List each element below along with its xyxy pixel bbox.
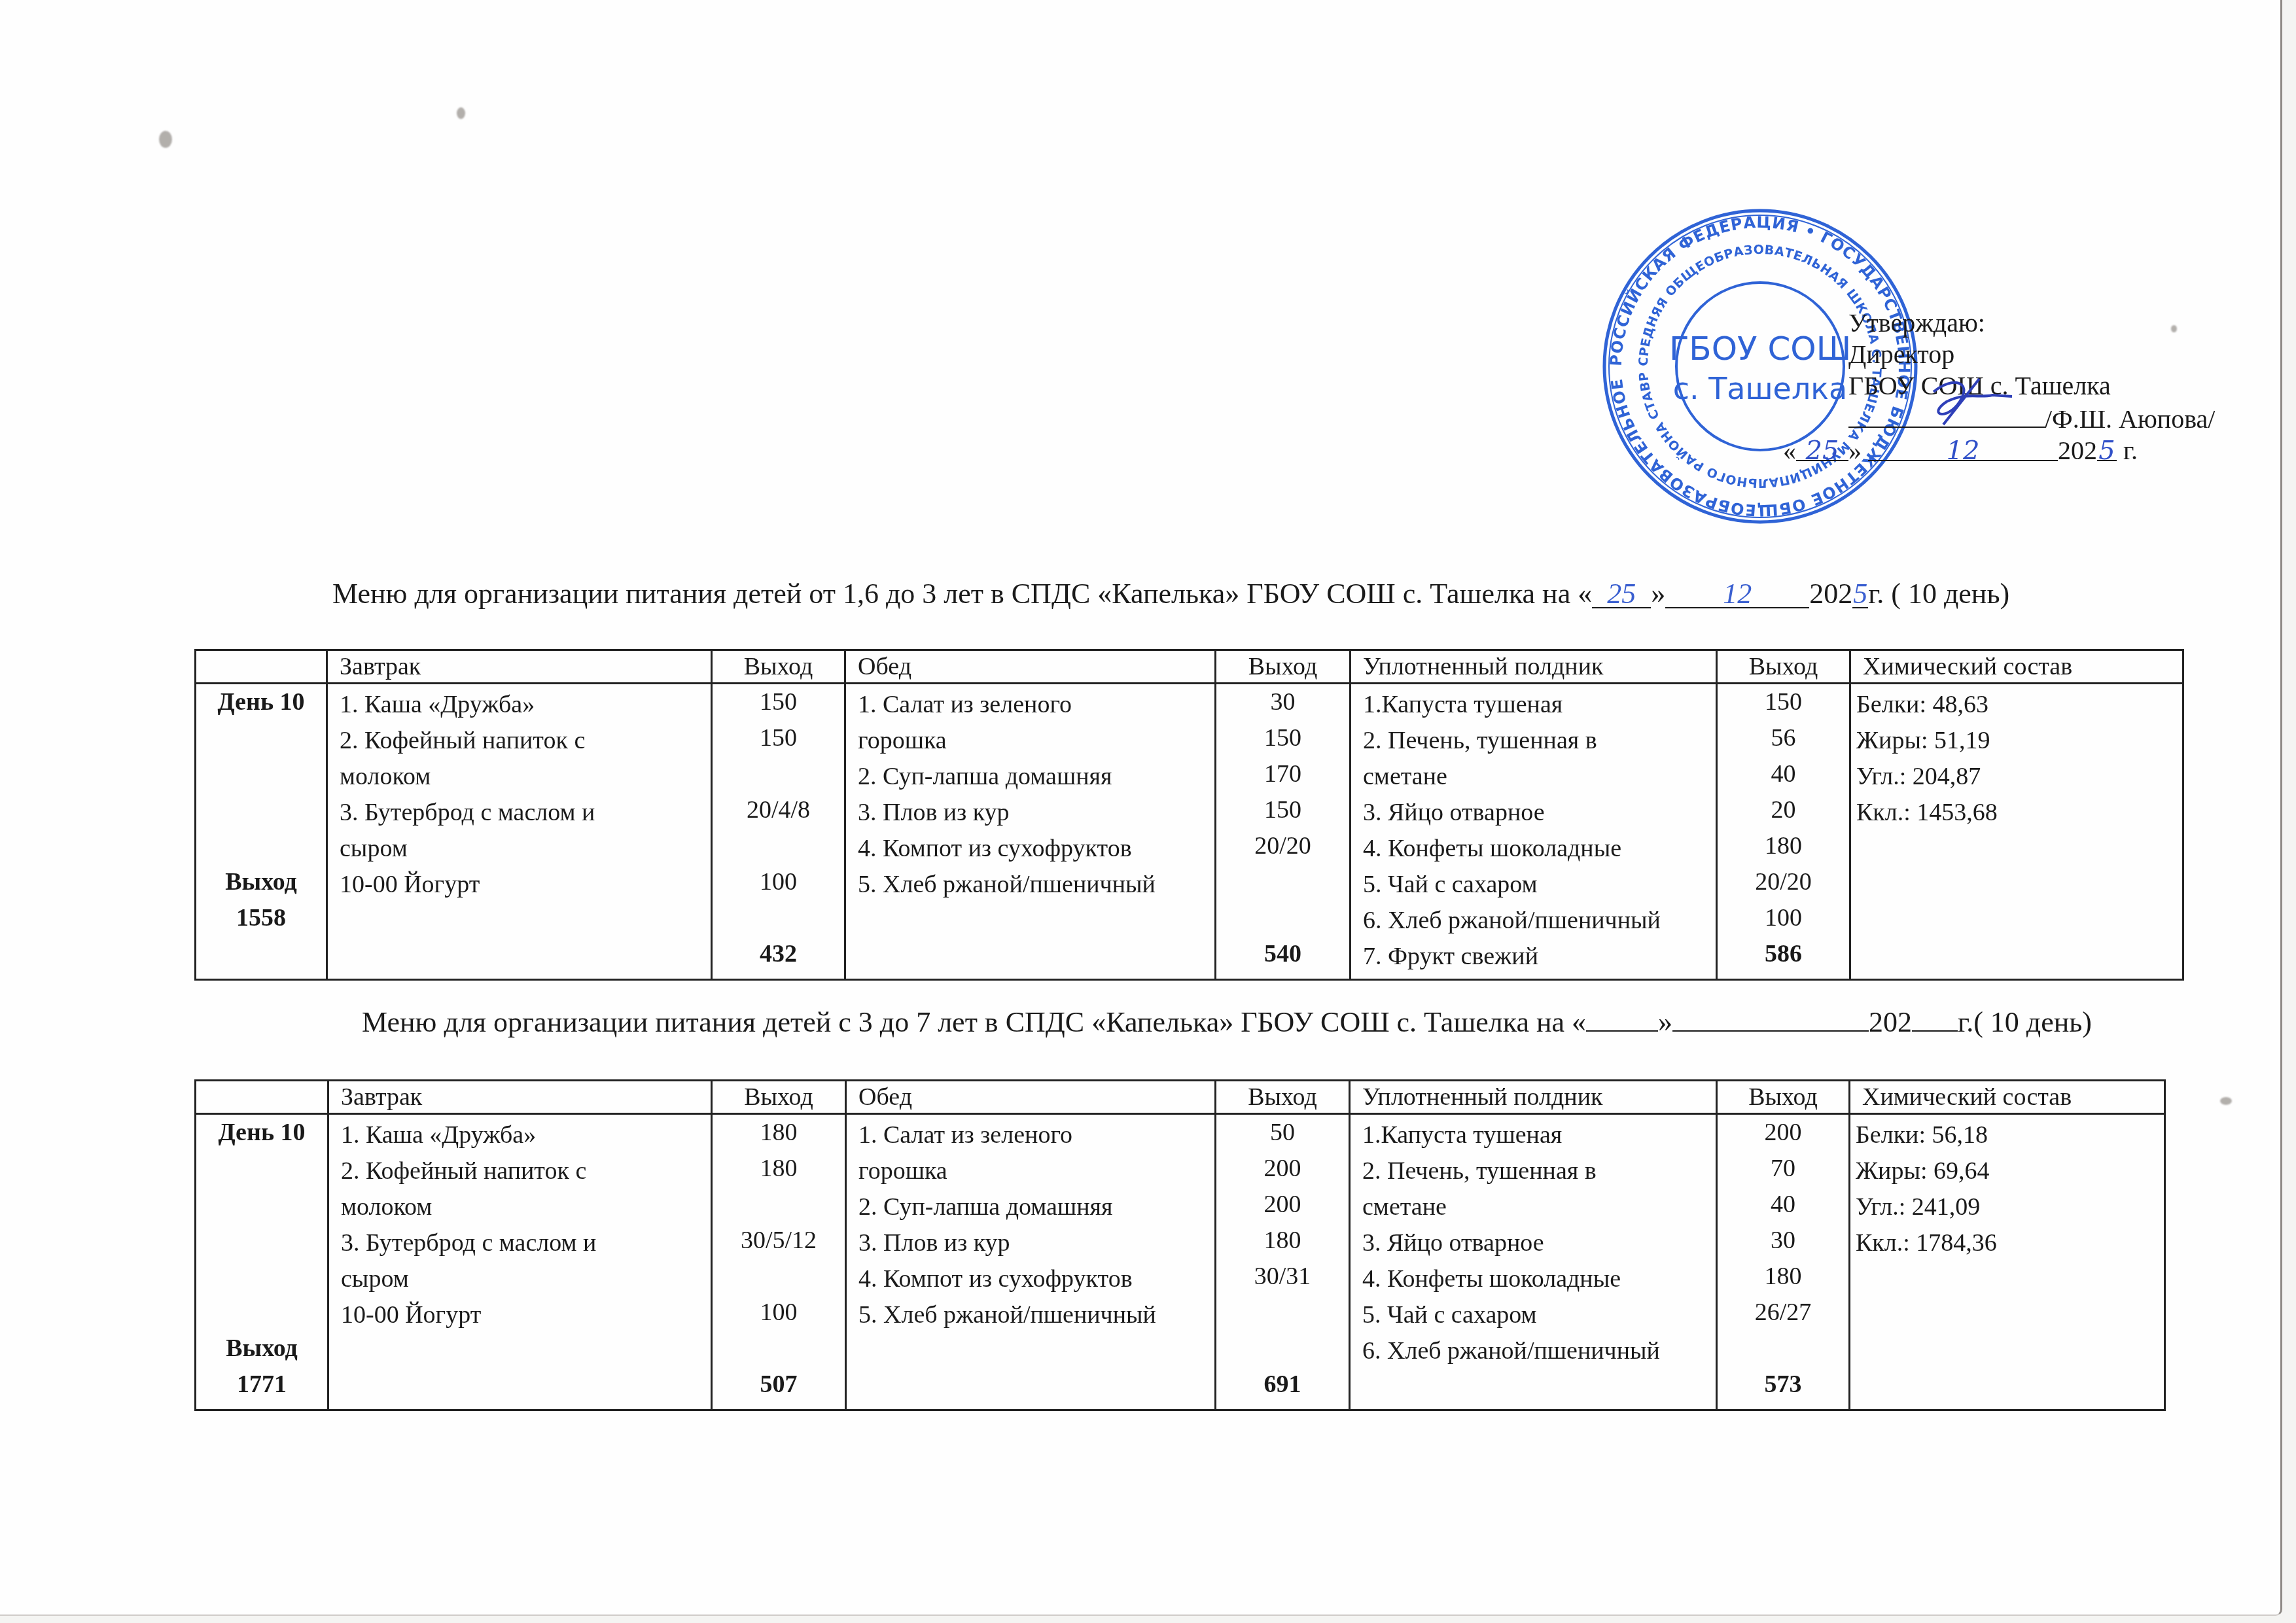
title-month-field: 12 (1665, 581, 1809, 608)
header-breakfast-yield: Выход (712, 1081, 846, 1114)
dish-item (340, 939, 699, 975)
dish-item: 5. Чай с сахаром (1363, 867, 1704, 903)
yield-value (715, 1259, 842, 1295)
dish-item (341, 1333, 699, 1369)
dish-item: 3. Бутерброд с маслом и (341, 1225, 699, 1261)
yield-value (1219, 900, 1347, 936)
dish-item: сметане (1362, 1189, 1704, 1225)
dish-item: 2. Печень, тушенная в (1362, 1153, 1704, 1189)
approval-position: Директор (1848, 339, 2215, 370)
dish-item: 1. Каша «Дружба» (341, 1117, 699, 1153)
title-year-field (1912, 1030, 1958, 1032)
header-day (196, 1081, 328, 1114)
snack-cell: 1.Капуста тушеная2. Печень, тушенная всм… (1351, 684, 1717, 980)
approval-date-day: 25 (1796, 435, 1848, 461)
title-year-field: 5 (1852, 581, 1868, 608)
yield-value: 30 (1720, 1223, 1846, 1259)
yield-value: 20/20 (1219, 828, 1347, 864)
menu-title-toddlers: Меню для организации питания детей от 1,… (332, 577, 2009, 610)
dish-item: молоком (341, 1189, 699, 1225)
dish-item: 7. Фрукт свежий (1363, 939, 1704, 975)
approval-date-year: 5 (2097, 435, 2117, 461)
table-row: День 10Выход17711. Каша «Дружба»2. Кофей… (196, 1114, 2165, 1410)
yield-value: 150 (715, 720, 841, 756)
nutrient-value: Ккл.: 1453,68 (1856, 795, 2170, 831)
day-label: День 10 (199, 1115, 325, 1151)
chemical-composition-cell: Белки: 48,63Жиры: 51,19Угл.: 204,87Ккл.:… (1850, 684, 2183, 980)
dish-item: 3. Яйцо отварное (1362, 1225, 1704, 1261)
nutrient-value: Жиры: 51,19 (1856, 723, 2170, 759)
nutrient-value: Угл.: 204,87 (1856, 759, 2170, 795)
yield-value (1219, 1331, 1346, 1367)
header-chemical-composition: Химический состав (1850, 650, 2183, 684)
yield-value: 20/4/8 (715, 792, 841, 828)
nutrient-value: Угл.: 241,09 (1856, 1189, 2152, 1225)
signer-name: /Ф.Ш. Аюпова/ (2045, 404, 2215, 434)
table-row: День 10Выход15581. Каша «Дружба»2. Кофей… (196, 684, 2183, 980)
approval-block: Утверждаю: Директор ГБОУ СОШ с. Ташелка … (1848, 307, 2215, 466)
yield-total: 573 (1720, 1367, 1846, 1403)
header-snack: Уплотненный полдник (1351, 650, 1717, 684)
dish-item (340, 903, 699, 939)
header-breakfast: Завтрак (328, 1081, 712, 1114)
header-snack: Уплотненный полдник (1350, 1081, 1717, 1114)
nutrient-value: Белки: 56,18 (1856, 1117, 2152, 1153)
yield-value: 100 (715, 1295, 842, 1331)
dish-item: 4. Конфеты шоколадные (1363, 831, 1704, 867)
handwritten-signature (1907, 375, 2038, 428)
stamp-center-line2: с. Ташелка (1673, 371, 1848, 406)
total-yield-label: Выход (199, 864, 323, 900)
yield-value: 180 (1720, 828, 1846, 864)
stamp-center-line1: ГБОУ СОШ (1669, 330, 1851, 368)
scan-speck (457, 107, 465, 119)
snack-cell: 1.Капуста тушеная2. Печень, тушенная всм… (1350, 1114, 1717, 1410)
dish-item: 2. Печень, тушенная в (1363, 723, 1704, 759)
dish-item: сметане (1363, 759, 1704, 795)
dish-item: 10-00 Йогурт (341, 1297, 699, 1333)
approval-signature-line: /Ф.Ш. Аюпова/ (1848, 402, 2215, 435)
title-day-field: 25 (1592, 581, 1651, 608)
dish-item (858, 939, 1203, 975)
yield-value: 180 (715, 1115, 842, 1151)
yield-value: 20/20 (1720, 864, 1846, 900)
snack-yield-cell: 20070403018026/27573 (1717, 1114, 1850, 1410)
yield-value: 180 (715, 1151, 842, 1187)
dish-item: 1. Салат из зеленого (858, 687, 1203, 723)
yield-value: 200 (1720, 1115, 1846, 1151)
yield-value: 30/5/12 (715, 1223, 842, 1259)
yield-value: 30/31 (1219, 1259, 1346, 1295)
approval-date-line: «25» 122025 г. (1783, 435, 2215, 466)
dish-item: 1.Капуста тушеная (1362, 1117, 1704, 1153)
nutrient-value: Белки: 48,63 (1856, 687, 2170, 723)
yield-total: 507 (715, 1367, 842, 1403)
yield-value (715, 1331, 842, 1367)
scan-speck (2220, 1097, 2232, 1105)
chemical-composition-cell: Белки: 56,18Жиры: 69,64Угл.: 241,09Ккл.:… (1850, 1114, 2165, 1410)
dish-item: горошка (858, 723, 1203, 759)
yield-total: 691 (1219, 1367, 1346, 1403)
breakfast-cell: 1. Каша «Дружба»2. Кофейный напиток смол… (328, 1114, 712, 1410)
yield-value: 100 (1720, 900, 1846, 936)
menu-table-toddlers: ЗавтракВыходОбедВыходУплотненный полдник… (194, 649, 2184, 981)
yield-value: 180 (1219, 1223, 1346, 1259)
dish-item: 1.Капуста тушеная (1363, 687, 1704, 723)
header-lunch-yield: Выход (1216, 1081, 1350, 1114)
yield-value: 150 (715, 684, 841, 720)
header-snack-yield: Выход (1717, 1081, 1850, 1114)
dish-item: 1. Каша «Дружба» (340, 687, 699, 723)
menu-table-preschool: ЗавтракВыходОбедВыходУплотненный полдник… (194, 1079, 2166, 1411)
breakfast-cell: 1. Каша «Дружба»2. Кофейный напиток смол… (327, 684, 712, 980)
dish-item: 5. Чай с сахаром (1362, 1297, 1704, 1333)
dish-item (858, 1369, 1203, 1405)
yield-value: 200 (1219, 1151, 1346, 1187)
total-yield-value: 1771 (199, 1367, 325, 1403)
day-cell: День 10Выход1558 (196, 684, 327, 980)
header-day (196, 650, 327, 684)
yield-value: 50 (1219, 1115, 1346, 1151)
yield-value (1219, 864, 1347, 900)
dish-item (858, 903, 1203, 939)
dish-item: 4. Компот из сухофруктов (858, 831, 1203, 867)
yield-total: 540 (1219, 936, 1347, 972)
dish-item (858, 1333, 1203, 1369)
day-label: День 10 (199, 684, 323, 720)
dish-item: 5. Хлеб ржаной/пшеничный (858, 867, 1203, 903)
yield-value (715, 828, 841, 864)
yield-value: 20 (1720, 792, 1846, 828)
breakfast-yield-cell: 15015020/4/8100432 (712, 684, 845, 980)
dish-item: молоком (340, 759, 699, 795)
yield-value: 30 (1219, 684, 1347, 720)
menu-title-preschool: Меню для организации питания детей с 3 д… (362, 1005, 2092, 1039)
total-yield-label: Выход (199, 1331, 325, 1367)
scan-speck (159, 131, 172, 148)
signature-field (1848, 402, 2045, 428)
dish-item (1362, 1369, 1704, 1405)
yield-value: 26/27 (1720, 1295, 1846, 1331)
dish-item: 3. Бутерброд с маслом и (340, 795, 699, 831)
dish-item (341, 1369, 699, 1405)
title-month-field (1672, 1030, 1869, 1032)
yield-value: 40 (1720, 1187, 1846, 1223)
header-lunch: Обед (846, 1081, 1216, 1114)
dish-item: 3. Плов из кур (858, 1225, 1203, 1261)
header-breakfast-yield: Выход (712, 650, 845, 684)
dish-item: сыром (340, 831, 699, 867)
approval-date-month: 12 (1868, 435, 2058, 461)
yield-value (1720, 1331, 1846, 1367)
yield-value (715, 1187, 842, 1223)
dish-item: горошка (858, 1153, 1203, 1189)
title-day-field (1586, 1030, 1658, 1032)
yield-value: 56 (1720, 720, 1846, 756)
dish-item: 4. Компот из сухофруктов (858, 1261, 1203, 1297)
dish-item: 3. Яйцо отварное (1363, 795, 1704, 831)
snack-yield-cell: 15056402018020/20100586 (1717, 684, 1850, 980)
yield-value (715, 900, 841, 936)
yield-value: 100 (715, 864, 841, 900)
approval-heading: Утверждаю: (1848, 307, 2215, 339)
yield-value: 70 (1720, 1151, 1846, 1187)
dish-item: 6. Хлеб ржаной/пшеничный (1362, 1333, 1704, 1369)
dish-item: 6. Хлеб ржаной/пшеничный (1363, 903, 1704, 939)
header-chemical-composition: Химический состав (1850, 1081, 2165, 1114)
yield-value: 200 (1219, 1187, 1346, 1223)
nutrient-value: Ккл.: 1784,36 (1856, 1225, 2152, 1261)
dish-item: 2. Кофейный напиток с (340, 723, 699, 759)
yield-value: 170 (1219, 756, 1347, 792)
dish-item: 5. Хлеб ржаной/пшеничный (858, 1297, 1203, 1333)
lunch-cell: 1. Салат из зеленогогорошка2. Суп-лапша … (845, 684, 1216, 980)
dish-item: 1. Салат из зеленого (858, 1117, 1203, 1153)
yield-value: 150 (1720, 684, 1846, 720)
dish-item: 4. Конфеты шоколадные (1362, 1261, 1704, 1297)
yield-value: 150 (1219, 792, 1347, 828)
dish-item: 10-00 Йогурт (340, 867, 699, 903)
nutrient-value: Жиры: 69,64 (1856, 1153, 2152, 1189)
lunch-yield-cell: 5020020018030/31691 (1216, 1114, 1350, 1410)
header-breakfast: Завтрак (327, 650, 712, 684)
day-cell: День 10Выход1771 (196, 1114, 328, 1410)
lunch-yield-cell: 3015017015020/20540 (1216, 684, 1351, 980)
yield-value (715, 756, 841, 792)
header-lunch: Обед (845, 650, 1216, 684)
dish-item: 2. Суп-лапша домашняя (858, 759, 1203, 795)
yield-value: 180 (1720, 1259, 1846, 1295)
yield-total: 586 (1720, 936, 1846, 972)
yield-value: 150 (1219, 720, 1347, 756)
dish-item: сыром (341, 1261, 699, 1297)
header-lunch-yield: Выход (1216, 650, 1351, 684)
dish-item: 3. Плов из кур (858, 795, 1203, 831)
yield-total: 432 (715, 936, 841, 972)
dish-item: 2. Кофейный напиток с (341, 1153, 699, 1189)
dish-item: 2. Суп-лапша домашняя (858, 1189, 1203, 1225)
lunch-cell: 1. Салат из зеленогогорошка2. Суп-лапша … (846, 1114, 1216, 1410)
total-yield-value: 1558 (199, 900, 323, 936)
header-snack-yield: Выход (1717, 650, 1850, 684)
yield-value: 40 (1720, 756, 1846, 792)
breakfast-yield-cell: 18018030/5/12100507 (712, 1114, 846, 1410)
yield-value (1219, 1295, 1346, 1331)
